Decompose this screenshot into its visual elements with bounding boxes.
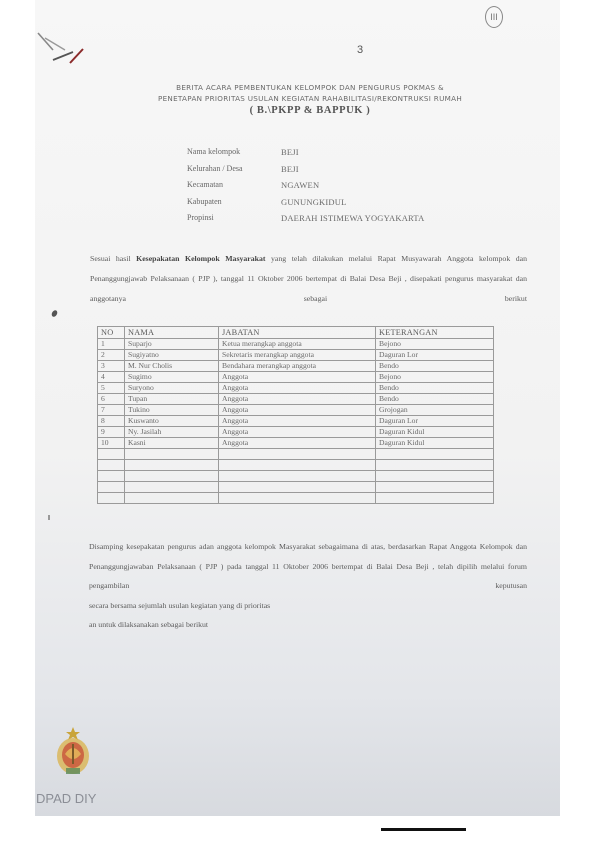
paragraph-text: Disamping kesepakatan pengurus adan angg… [89,542,527,590]
info-row: KecamatanNGAWEN [187,180,424,197]
cell-no: 10 [98,438,125,449]
cell-no: 9 [98,427,125,438]
empty-cell [376,493,494,504]
info-row: PropinsiDAERAH ISTIMEWA YOGYAKARTA [187,213,424,230]
cell-nama: Ny. Jasilah [125,427,219,438]
cell-no: 2 [98,350,125,361]
empty-cell [219,471,376,482]
header-keterangan: KETERANGAN [376,327,494,339]
info-label: Kecamatan [187,180,281,197]
header-nama: NAMA [125,327,219,339]
table-row: 9Ny. JasilahAnggotaDaguran Kidul [98,427,494,438]
info-row: KabupatenGUNUNGKIDUL [187,197,424,214]
paragraph-line: an untuk dilaksanakan sebagai berikut [89,615,527,635]
info-row: Kelurahan / DesaBEJI [187,164,424,181]
empty-cell [125,449,219,460]
header-jabatan: JABATAN [219,327,376,339]
empty-cell [376,482,494,493]
cell-keterangan: Daguran Lor [376,416,494,427]
cell-jabatan: Ketua merangkap anggota [219,339,376,350]
empty-cell [219,460,376,471]
empty-cell [98,493,125,504]
cell-nama: Tupan [125,394,219,405]
table-row: 2SugiyatnoSekretaris merangkap anggotaDa… [98,350,494,361]
info-value: GUNUNGKIDUL [281,197,346,214]
cell-keterangan: Bendo [376,361,494,372]
info-value: BEJI [281,164,299,181]
paragraph-bold-text: Kesepakatan Kelompok Masyarakat [136,254,265,263]
cell-no: 1 [98,339,125,350]
empty-cell [125,493,219,504]
group-info: Nama kelompokBEJI Kelurahan / DesaBEJI K… [187,147,424,230]
empty-cell [219,493,376,504]
cell-keterangan: Bejono [376,372,494,383]
cell-nama: Kuswanto [125,416,219,427]
empty-cell [125,460,219,471]
info-label: Kabupaten [187,197,281,214]
empty-cell [219,482,376,493]
cell-keterangan: Bendo [376,394,494,405]
table-row: 7TukinoAnggotaGrojogan [98,405,494,416]
title-line-1: BERITA ACARA PEMBENTUKAN KELOMPOK DAN PE… [90,82,530,93]
cell-jabatan: Anggota [219,394,376,405]
table-header-row: NO NAMA JABATAN KETERANGAN [98,327,494,339]
cell-nama: Suparjo [125,339,219,350]
cell-keterangan: Daguran Kidul [376,427,494,438]
table-row: 3M. Nur CholisBendahara merangkap anggot… [98,361,494,372]
table-row-empty [98,471,494,482]
cell-keterangan: Grojogan [376,405,494,416]
cell-no: 3 [98,361,125,372]
cell-no: 7 [98,405,125,416]
table-row: 6TupanAnggotaBendo [98,394,494,405]
info-label: Nama kelompok [187,147,281,164]
handwritten-sub-number: 3 [357,44,363,56]
cell-nama: Suryono [125,383,219,394]
cell-jabatan: Anggota [219,438,376,449]
cell-no: 4 [98,372,125,383]
cell-jabatan: Anggota [219,372,376,383]
empty-cell [376,460,494,471]
info-value: DAERAH ISTIMEWA YOGYAKARTA [281,213,424,230]
empty-cell [125,471,219,482]
redaction-bar [381,828,466,831]
info-label: Kelurahan / Desa [187,164,281,181]
members-table: NO NAMA JABATAN KETERANGAN 1SuparjoKetua… [97,326,494,504]
cell-jabatan: Anggota [219,383,376,394]
table-row: 10KasniAnggotaDaguran Kidul [98,438,494,449]
empty-cell [98,471,125,482]
info-value: BEJI [281,147,299,164]
empty-cell [98,482,125,493]
cell-jabatan: Sekretaris merangkap anggota [219,350,376,361]
table-row-empty [98,460,494,471]
cell-no: 8 [98,416,125,427]
header-no: NO [98,327,125,339]
cell-jabatan: Bendahara merangkap anggota [219,361,376,372]
yogyakarta-coat-of-arms-icon [52,726,94,778]
table-row: 4SugimoAnggotaBejono [98,372,494,383]
cell-nama: M. Nur Cholis [125,361,219,372]
title-line-2: PENETAPAN PRIORITAS USULAN KEGIATAN RAHA… [90,93,530,104]
cell-keterangan: Bejono [376,339,494,350]
cell-jabatan: Anggota [219,427,376,438]
info-value: NGAWEN [281,180,319,197]
cell-nama: Sugimo [125,372,219,383]
cell-keterangan: Daguran Kidul [376,438,494,449]
table-row-empty [98,482,494,493]
paragraph-line: secara bersama sejumlah usulan kegiatan … [89,596,527,616]
table-row: 8KuswantoAnggotaDaguran Lor [98,416,494,427]
table-row: 1SuparjoKetua merangkap anggotaBejono [98,339,494,350]
paragraph-priorities: Disamping kesepakatan pengurus adan angg… [89,537,527,635]
cell-jabatan: Anggota [219,416,376,427]
table-row-empty [98,493,494,504]
cell-nama: Kasni [125,438,219,449]
watermark-label: DPAD DIY [36,791,96,806]
members-table-body: 1SuparjoKetua merangkap anggotaBejono2Su… [98,339,494,504]
table-row-empty [98,449,494,460]
empty-cell [376,449,494,460]
handwritten-scribble-icon [35,30,90,65]
empty-cell [98,460,125,471]
table-row: 5SuryonoAnggotaBendo [98,383,494,394]
cell-jabatan: Anggota [219,405,376,416]
info-row: Nama kelompokBEJI [187,147,424,164]
cell-nama: Tukino [125,405,219,416]
cell-no: 5 [98,383,125,394]
document-title: BERITA ACARA PEMBENTUKAN KELOMPOK DAN PE… [90,82,530,117]
cell-keterangan: Daguran Lor [376,350,494,361]
cell-no: 6 [98,394,125,405]
empty-cell [376,471,494,482]
title-line-3: ( B.\PKPP & BAPPUK ) [90,104,530,117]
empty-cell [98,449,125,460]
cell-keterangan: Bendo [376,383,494,394]
empty-cell [125,482,219,493]
empty-cell [219,449,376,460]
page-number-stamp: III [485,6,503,28]
paragraph-text: Sesuai hasil [90,254,136,263]
ink-mark [48,515,50,520]
paragraph-agreement: Sesuai hasil Kesepakatan Kelompok Masyar… [90,249,527,309]
info-label: Propinsi [187,213,281,230]
cell-nama: Sugiyatno [125,350,219,361]
